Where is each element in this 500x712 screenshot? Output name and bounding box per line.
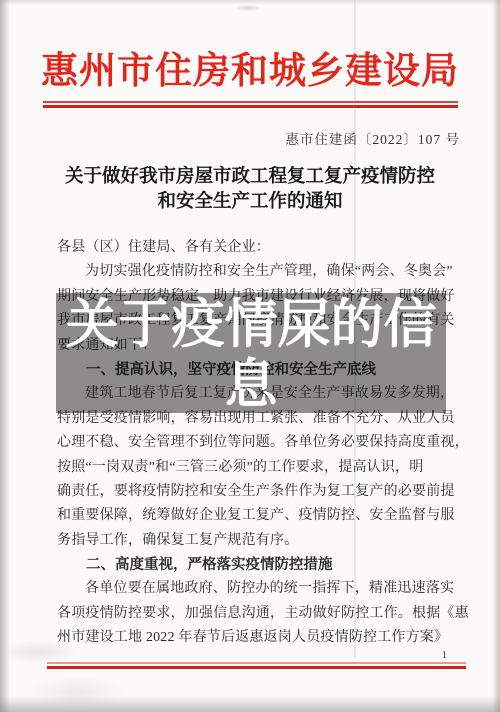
document-line: 按照“一岗双责”和“三管三必须”的工作要求，提高认识，明 [57, 456, 449, 480]
document-line: 务指导工作，确保复工复产规范有序。 [57, 529, 449, 553]
scanned-document-page: 惠州市住房和城乡建设局 惠市住建函〔2022〕107 号 关于做好我市房屋市政工… [0, 0, 500, 712]
notice-title: 关于做好我市房屋市政工程复工复产疫情防控 和安全生产工作的通知 [0, 165, 500, 215]
document-line: 确责任，要将疫情防控和安全生产条件作为复工复产的必要前提 [57, 480, 449, 504]
rule-thin [43, 101, 458, 103]
caption-overlay-text: 关于疫情屎的信息 [56, 295, 446, 415]
scan-smudge-top [228, 2, 268, 14]
scan-shadow-left [0, 0, 10, 712]
document-line: 二、高度重视，严格落实疫情防控措施 [57, 553, 449, 577]
document-line: 为切实强化疫情防控和安全生产管理，确保“两会、冬奥会” [57, 260, 449, 284]
document-reference-number: 惠市住建函〔2022〕107 号 [285, 128, 460, 148]
document-line: 各县（区）住建局、各有关企业： [57, 236, 449, 260]
page-number: 1 [442, 650, 447, 661]
scan-shadow-bottom [0, 696, 500, 712]
scan-shadow-top [0, 0, 500, 5]
document-line: 心理不稳、安全管理不到位等问题。各单位务必要保持高度重视， [57, 431, 449, 455]
rule-thick [43, 105, 458, 108]
document-line: 各项疫情防控要求，加强信息沟通，主动做好防控工作。根据《惠 [57, 602, 449, 626]
agency-letterhead-title: 惠州市住房和城乡建设局 [0, 48, 500, 95]
footer-rule-thin [47, 662, 466, 664]
scan-shadow-right [492, 0, 500, 712]
footer-double-rule [47, 662, 466, 669]
footer-rule-thick [47, 666, 466, 669]
notice-title-line1: 关于做好我市房屋市政工程复工复产疫情防控 [0, 165, 500, 190]
document-line: 州市建设工地 2022 年春节后返惠返岗人员疫情防控工作方案》 [57, 626, 449, 650]
notice-title-line2: 和安全生产工作的通知 [0, 190, 500, 215]
letterhead-double-rule [43, 101, 458, 108]
document-line: 和重要保障，统筹做好企业复工复产、疫情防控、安全监督与服 [57, 504, 449, 528]
document-line: 各单位要在属地政府、防控办的统一指挥下，精准迅速落实 [57, 577, 449, 601]
